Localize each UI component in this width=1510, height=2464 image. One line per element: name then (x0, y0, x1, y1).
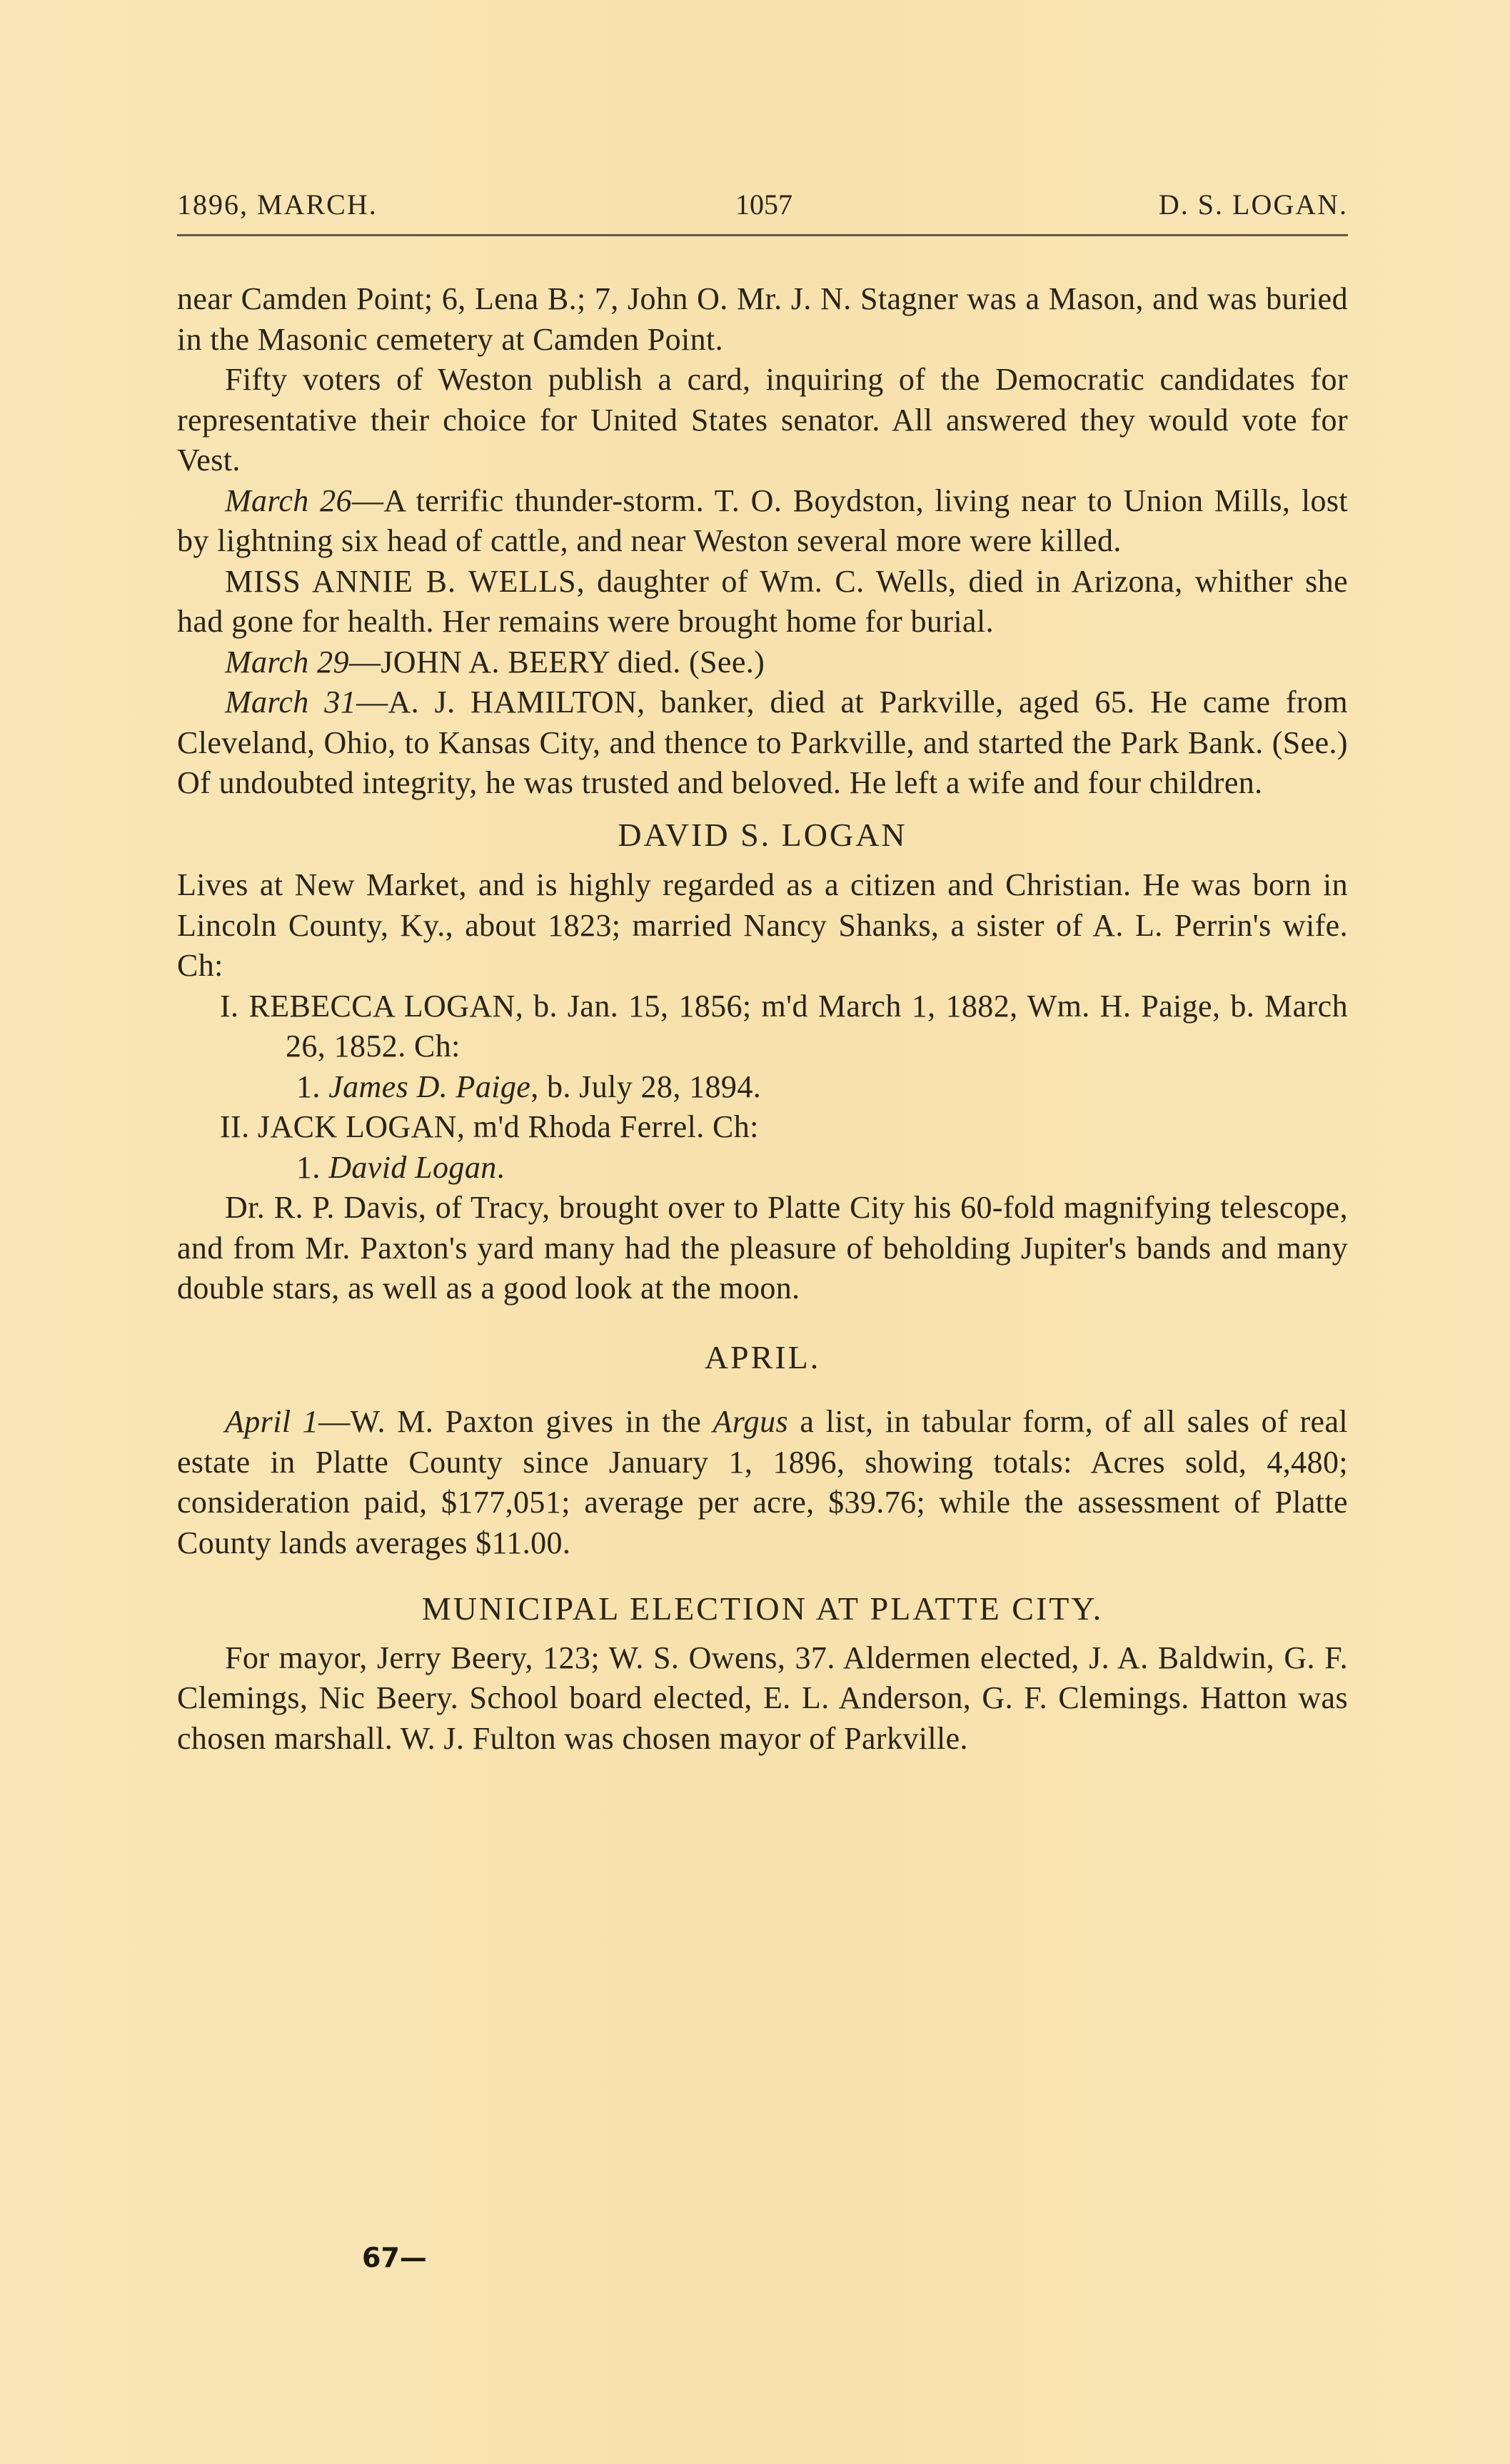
thunderstorm-text: —A terrific thunder-storm. T. O. Boydsto… (177, 483, 1348, 559)
grandchild-entry-david: 1. David Logan. (177, 1148, 1348, 1188)
page-number: 1057 (735, 187, 792, 223)
paragraph-john-beery: March 29—JOHN A. BEERY died. (See.) (177, 642, 1348, 683)
grandchild-number: 1. (296, 1069, 321, 1104)
april-text-a: —W. M. Paxton gives in the (318, 1404, 713, 1439)
child-entry-rebecca: I. REBECCA LOGAN, b. Jan. 15, 1856; m'd … (177, 986, 1348, 1067)
running-head: 1896, MARCH. 1057 D. S. LOGAN. (177, 187, 1348, 223)
paragraph-continuation: near Camden Point; 6, Lena B.; 7, John O… (177, 279, 1348, 360)
date-march-29: March 29 (225, 645, 349, 680)
child-text: REBECCA LOGAN, b. Jan. 15, 1856; m'd Mar… (248, 989, 1348, 1064)
paragraph-logan-intro: Lives at New Market, and is highly regar… (177, 865, 1348, 986)
grandchild-number: 1. (296, 1150, 321, 1185)
header-rule (177, 234, 1348, 236)
child-numeral: II. (220, 1109, 250, 1144)
signature-mark: 67— (362, 2242, 427, 2273)
child-numeral: I. (220, 989, 238, 1024)
section-heading-april: APRIL. (177, 1338, 1348, 1378)
paragraph-thunderstorm: March 26—A terrific thunder-storm. T. O.… (177, 481, 1348, 562)
newspaper-name: Argus (713, 1404, 789, 1439)
name-annie-wells: MISS ANNIE B. WELLS (225, 564, 577, 599)
paragraph-election: For mayor, Jerry Beery, 123; W. S. Owens… (177, 1638, 1348, 1759)
paragraph-hamilton: March 31—A. J. HAMILTON, banker, died at… (177, 682, 1348, 804)
paragraph-telescope: Dr. R. P. Davis, of Tracy, brought over … (177, 1188, 1348, 1309)
running-head-right: D. S. LOGAN. (1159, 187, 1348, 223)
section-heading-david-logan: DAVID S. LOGAN (177, 815, 1348, 856)
child-text: JACK LOGAN, m'd Rhoda Ferrel. Ch: (258, 1109, 759, 1144)
body-text: near Camden Point; 6, Lena B.; 7, John O… (177, 279, 1348, 1759)
grandchild-text: . (497, 1150, 505, 1185)
paragraph-annie-wells: MISS ANNIE B. WELLS, daughter of Wm. C. … (177, 562, 1348, 642)
paragraph-april-1: April 1—W. M. Paxton gives in the Argus … (177, 1402, 1348, 1563)
john-beery-text: —JOHN A. BEERY died. (See.) (349, 645, 765, 680)
date-march-26: March 26 (225, 483, 352, 518)
date-april-1: April 1 (225, 1404, 318, 1439)
grandchild-entry-james: 1. James D. Paige, b. July 28, 1894. (177, 1067, 1348, 1108)
running-head-left: 1896, MARCH. (177, 187, 378, 223)
section-heading-election: MUNICIPAL ELECTION AT PLATTE CITY. (177, 1589, 1348, 1630)
book-page: 1896, MARCH. 1057 D. S. LOGAN. near Camd… (177, 187, 1348, 1759)
grandchild-name: James D. Paige (328, 1069, 530, 1104)
grandchild-name: David Logan (328, 1150, 496, 1185)
grandchild-text: , b. July 28, 1894. (530, 1069, 761, 1104)
paragraph-weston-voters: Fifty voters of Weston publish a card, i… (177, 360, 1348, 481)
date-march-31: March 31 (225, 685, 356, 719)
child-entry-jack: II. JACK LOGAN, m'd Rhoda Ferrel. Ch: (177, 1107, 1348, 1148)
